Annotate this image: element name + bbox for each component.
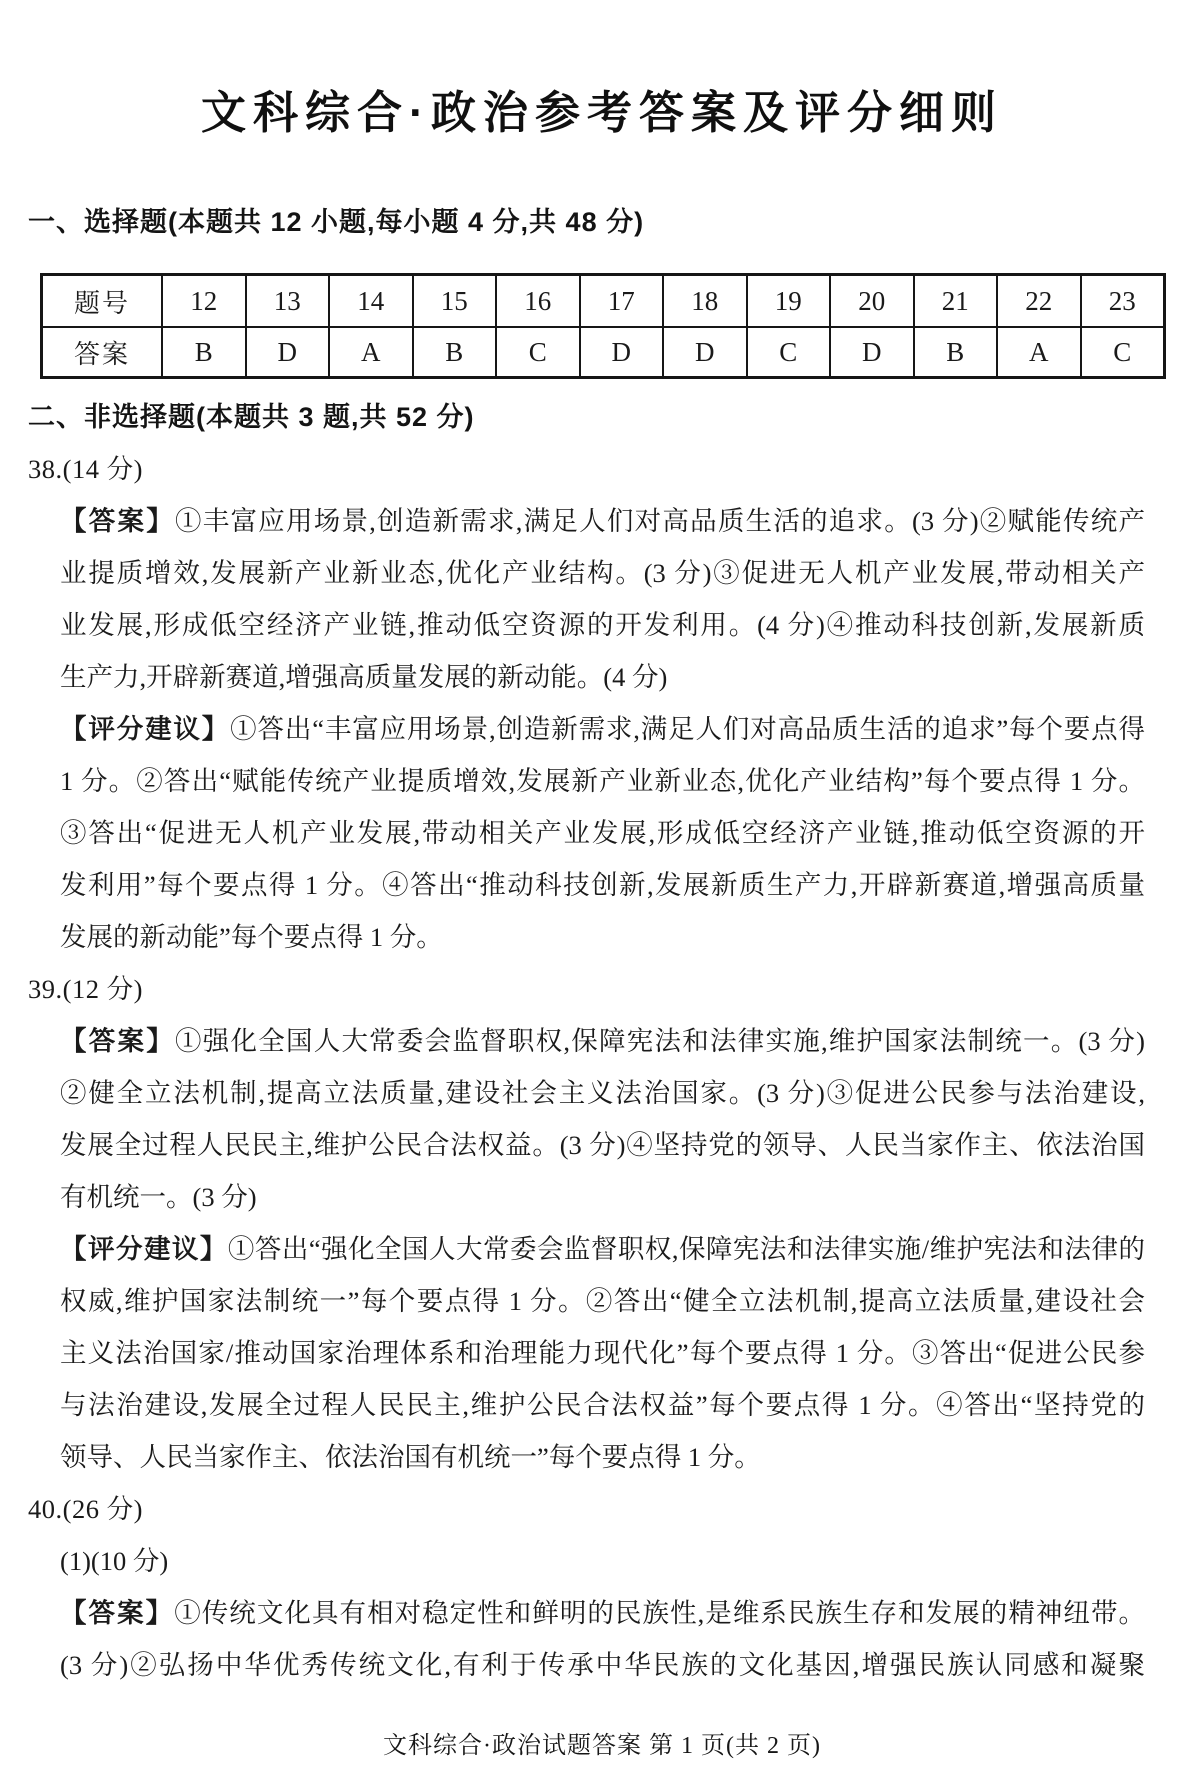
answer-cell: D	[245, 326, 329, 376]
question-number-cell: 18	[662, 276, 746, 326]
question-number-cell: 14	[328, 276, 412, 326]
question-40-part-1: (1)(10 分)	[60, 1535, 1204, 1587]
question-number-cell: 19	[746, 276, 830, 326]
row-label-question-number: 题号	[43, 276, 161, 326]
text-line: 发展的新动能”每个要点得 1 分。	[60, 911, 1145, 963]
row-label-answer: 答案	[43, 326, 161, 376]
text-line: 发利用”每个要点得 1 分。④答出“推动科技创新,发展新质生产力,开辟新赛道,增…	[60, 859, 1145, 911]
page-footer: 文科综合·政治试题答案 第 1 页(共 2 页)	[0, 1725, 1204, 1760]
text-line: 主义法治国家/推动国家治理体系和治理能力现代化”每个要点得 1 分。③答出“促进…	[60, 1327, 1145, 1379]
text-line: 【评分建议】①答出“强化全国人大常委会监督职权,保障宪法和法律实施/维护宪法和法…	[60, 1223, 1145, 1275]
answer-cell: C	[495, 326, 579, 376]
question-number-cell: 21	[913, 276, 997, 326]
question-number-cell: 20	[829, 276, 913, 326]
text-line: 与法治建设,发展全过程人民民主,维护公民合法权益”每个要点得 1 分。④答出“坚…	[60, 1379, 1145, 1431]
exam-answer-sheet-page: 文科综合·政治参考答案及评分细则 一、选择题(本题共 12 小题,每小题 4 分…	[0, 0, 1204, 1792]
text-line: 【答案】①丰富应用场景,创造新需求,满足人们对高品质生活的追求。(3 分)②赋能…	[60, 495, 1145, 547]
question-number-cell: 23	[1080, 276, 1164, 326]
question-number-cell: 15	[412, 276, 496, 326]
question-40-answer: 【答案】①传统文化具有相对稳定性和鲜明的民族性,是维系民族生存和发展的精神纽带。…	[0, 1587, 1204, 1691]
text-line: 生产力,开辟新赛道,增强高质量发展的新动能。(4 分)	[60, 651, 1145, 703]
text-line: ②健全立法机制,提高立法质量,建设社会主义法治国家。(3 分)③促进公民参与法治…	[60, 1067, 1145, 1119]
answer-cell: C	[1080, 326, 1164, 376]
question-number-cell: 13	[245, 276, 329, 326]
answer-cell: D	[662, 326, 746, 376]
question-39-scoring-suggestion: 【评分建议】①答出“强化全国人大常委会监督职权,保障宪法和法律实施/维护宪法和法…	[0, 1223, 1204, 1483]
question-number-cell: 17	[579, 276, 663, 326]
text-line: 【评分建议】①答出“丰富应用场景,创造新需求,满足人们对高品质生活的追求”每个要…	[60, 703, 1145, 755]
text-line: 业发展,形成低空经济产业链,推动低空资源的开发利用。(4 分)④推动科技创新,发…	[60, 599, 1145, 651]
text-line: 发展全过程人民民主,维护公民合法权益。(3 分)④坚持党的领导、人民当家作主、依…	[60, 1119, 1145, 1171]
answer-key-table: 题号 121314151617181920212223 答案 BDABCDDCD…	[40, 273, 1166, 379]
page-title: 文科综合·政治参考答案及评分细则	[0, 0, 1204, 141]
text-line: 领导、人民当家作主、依法治国有机统一”每个要点得 1 分。	[60, 1431, 1145, 1483]
answer-cell: A	[996, 326, 1080, 376]
text-line: 【答案】①传统文化具有相对稳定性和鲜明的民族性,是维系民族生存和发展的精神纽带。	[60, 1587, 1145, 1639]
text-line: (3 分)②弘扬中华优秀传统文化,有利于传承中华民族的文化基因,增强民族认同感和…	[60, 1639, 1145, 1691]
question-38-answer: 【答案】①丰富应用场景,创造新需求,满足人们对高品质生活的追求。(3 分)②赋能…	[0, 495, 1204, 703]
answer-cell: A	[328, 326, 412, 376]
section1-heading: 一、选择题(本题共 12 小题,每小题 4 分,共 48 分)	[28, 205, 1204, 239]
text-line: 1 分。②答出“赋能传统产业提质增效,发展新产业新业态,优化产业结构”每个要点得…	[60, 755, 1145, 807]
text-line: 有机统一。(3 分)	[60, 1171, 1145, 1223]
question-39-answer: 【答案】①强化全国人大常委会监督职权,保障宪法和法律实施,维护国家法制统一。(3…	[0, 1015, 1204, 1223]
answer-cell: B	[161, 326, 245, 376]
answer-cell: D	[829, 326, 913, 376]
answer-cell: C	[746, 326, 830, 376]
question-number-cell: 16	[495, 276, 579, 326]
answer-cell: D	[579, 326, 663, 376]
question-number-cell: 12	[161, 276, 245, 326]
question-number-cell: 22	[996, 276, 1080, 326]
question-38-scoring-suggestion: 【评分建议】①答出“丰富应用场景,创造新需求,满足人们对高品质生活的追求”每个要…	[0, 703, 1204, 963]
answer-cell: B	[913, 326, 997, 376]
text-line: 【答案】①强化全国人大常委会监督职权,保障宪法和法律实施,维护国家法制统一。(3…	[60, 1015, 1145, 1067]
answer-cell: B	[412, 326, 496, 376]
text-line: 权威,维护国家法制统一”每个要点得 1 分。②答出“健全立法机制,提高立法质量,…	[60, 1275, 1145, 1327]
text-line: ③答出“促进无人机产业发展,带动相关产业发展,形成低空经济产业链,推动低空资源的…	[60, 807, 1145, 859]
section2-heading: 二、非选择题(本题共 3 题,共 52 分)	[28, 391, 1204, 443]
question-40-number: 40.(26 分)	[28, 1483, 1204, 1535]
text-line: 业提质增效,发展新产业新业态,优化产业结构。(3 分)③促进无人机产业发展,带动…	[60, 547, 1145, 599]
question-39-number: 39.(12 分)	[28, 963, 1204, 1015]
question-38-number: 38.(14 分)	[28, 443, 1204, 495]
